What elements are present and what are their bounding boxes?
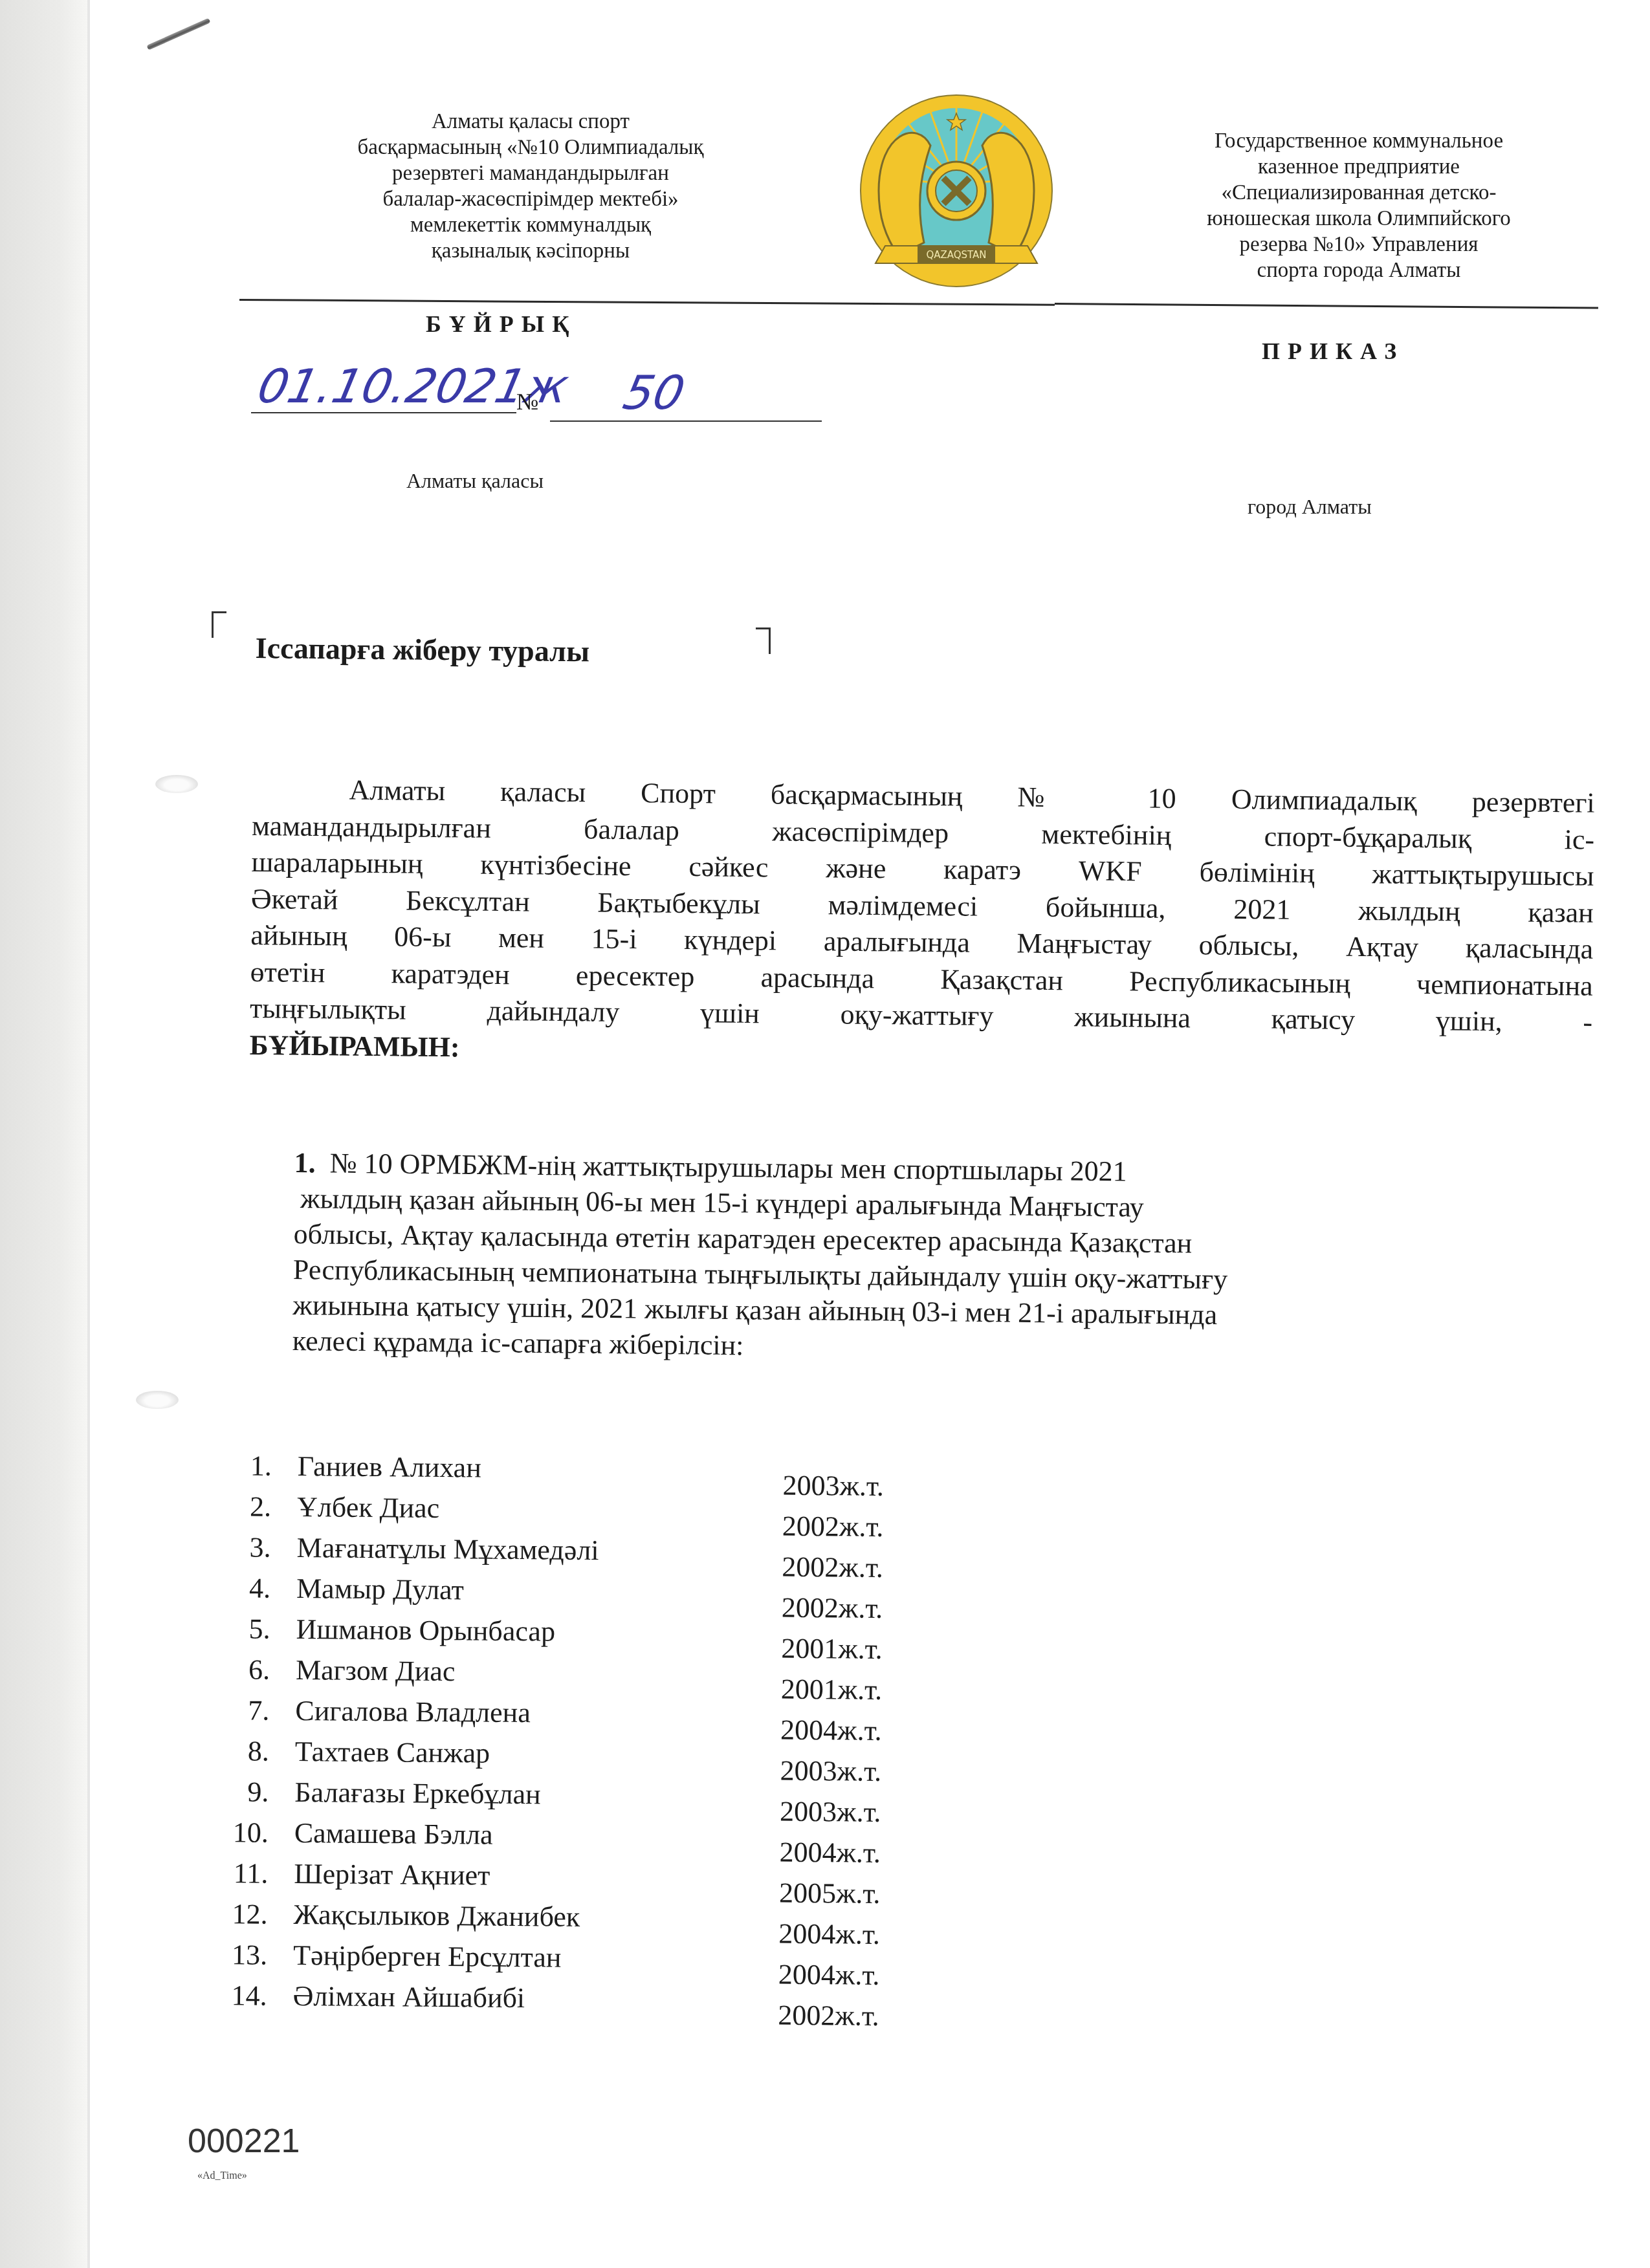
header-rule-left	[239, 299, 1055, 306]
list-item: 3.Мағанатұлы Мұхамедәлі2002ж.т.	[219, 1531, 996, 1578]
scanner-edge-strip	[0, 0, 87, 2268]
org-name-kz: Алматы қаласы спорт басқармасының «№10 О…	[246, 109, 815, 264]
doc-type-ru: ПРИКАЗ	[1262, 338, 1404, 365]
list-item: 12.Жақсылыков Джанибек2004ж.т.	[215, 1897, 993, 1945]
list-item: 8.Тахтаев Санжар2003ж.т.	[217, 1734, 995, 1782]
list-item: 11.Шерізат Ақниет2005ж.т.	[216, 1857, 993, 1904]
order-number: 50	[619, 365, 689, 420]
list-item: 10.Самашева Бэлла2004ж.т.	[217, 1816, 994, 1863]
city-ru: город Алматы	[1248, 495, 1372, 519]
kazakhstan-state-emblem-icon: QAZAQSTAN	[853, 94, 1060, 294]
staple-mark	[146, 18, 210, 50]
doc-type-kz: БҰЙРЫҚ	[426, 311, 577, 338]
date-underline	[251, 412, 516, 413]
list-item: 7.Сигалова Владлена2004ж.т.	[217, 1694, 995, 1741]
participants-list: 1.Ганиев Алихан2003ж.т. 2.Ұлбек Диас2002…	[215, 1449, 996, 2026]
city-kz: Алматы қаласы	[406, 469, 544, 493]
punch-hole	[136, 1391, 179, 1409]
number-label: №	[516, 388, 538, 415]
order-title: Іссапарға жіберу туралы	[255, 631, 589, 668]
list-item: 4.Мамыр Дулат2002ж.т.	[219, 1571, 996, 1619]
document-code: 000221	[188, 2122, 300, 2161]
punch-hole	[155, 775, 198, 793]
header-rule-right	[1055, 303, 1598, 309]
org-name-ru: Государственное коммунальное казенное пр…	[1126, 128, 1592, 283]
list-item: 5.Ишманов Орынбасар2001ж.т.	[218, 1612, 995, 1659]
preamble-paragraph: Алматы қаласы Спорт басқармасының № 10 О…	[249, 771, 1595, 1078]
list-item: 6.Магзом Диас2001ж.т.	[218, 1653, 995, 1700]
svg-text:QAZAQSTAN: QAZAQSTAN	[926, 249, 986, 261]
merge-field-placeholder: «Ad_Time»	[197, 2170, 247, 2182]
title-bracket-right	[756, 627, 771, 654]
number-underline	[550, 420, 822, 422]
list-item: 13.Тәңірберген Ерсұлтан2004ж.т.	[215, 1938, 993, 1985]
list-item: 2.Ұлбек Диас2002ж.т.	[219, 1490, 996, 1537]
page-edge	[87, 0, 90, 2268]
clause-number: 1.	[294, 1147, 316, 1179]
list-item: 14.Әлімхан Айшабибі2002ж.т.	[215, 1979, 992, 2026]
list-item: 1.Ганиев Алихан2003ж.т.	[219, 1449, 996, 1496]
title-bracket-left	[212, 611, 226, 638]
list-item: 9.Балағазы Еркебұлан2003ж.т.	[217, 1775, 994, 1822]
clause-1: 1. № 10 ОРМБЖМ-нің жаттықтырушылары мен …	[292, 1145, 1589, 1372]
